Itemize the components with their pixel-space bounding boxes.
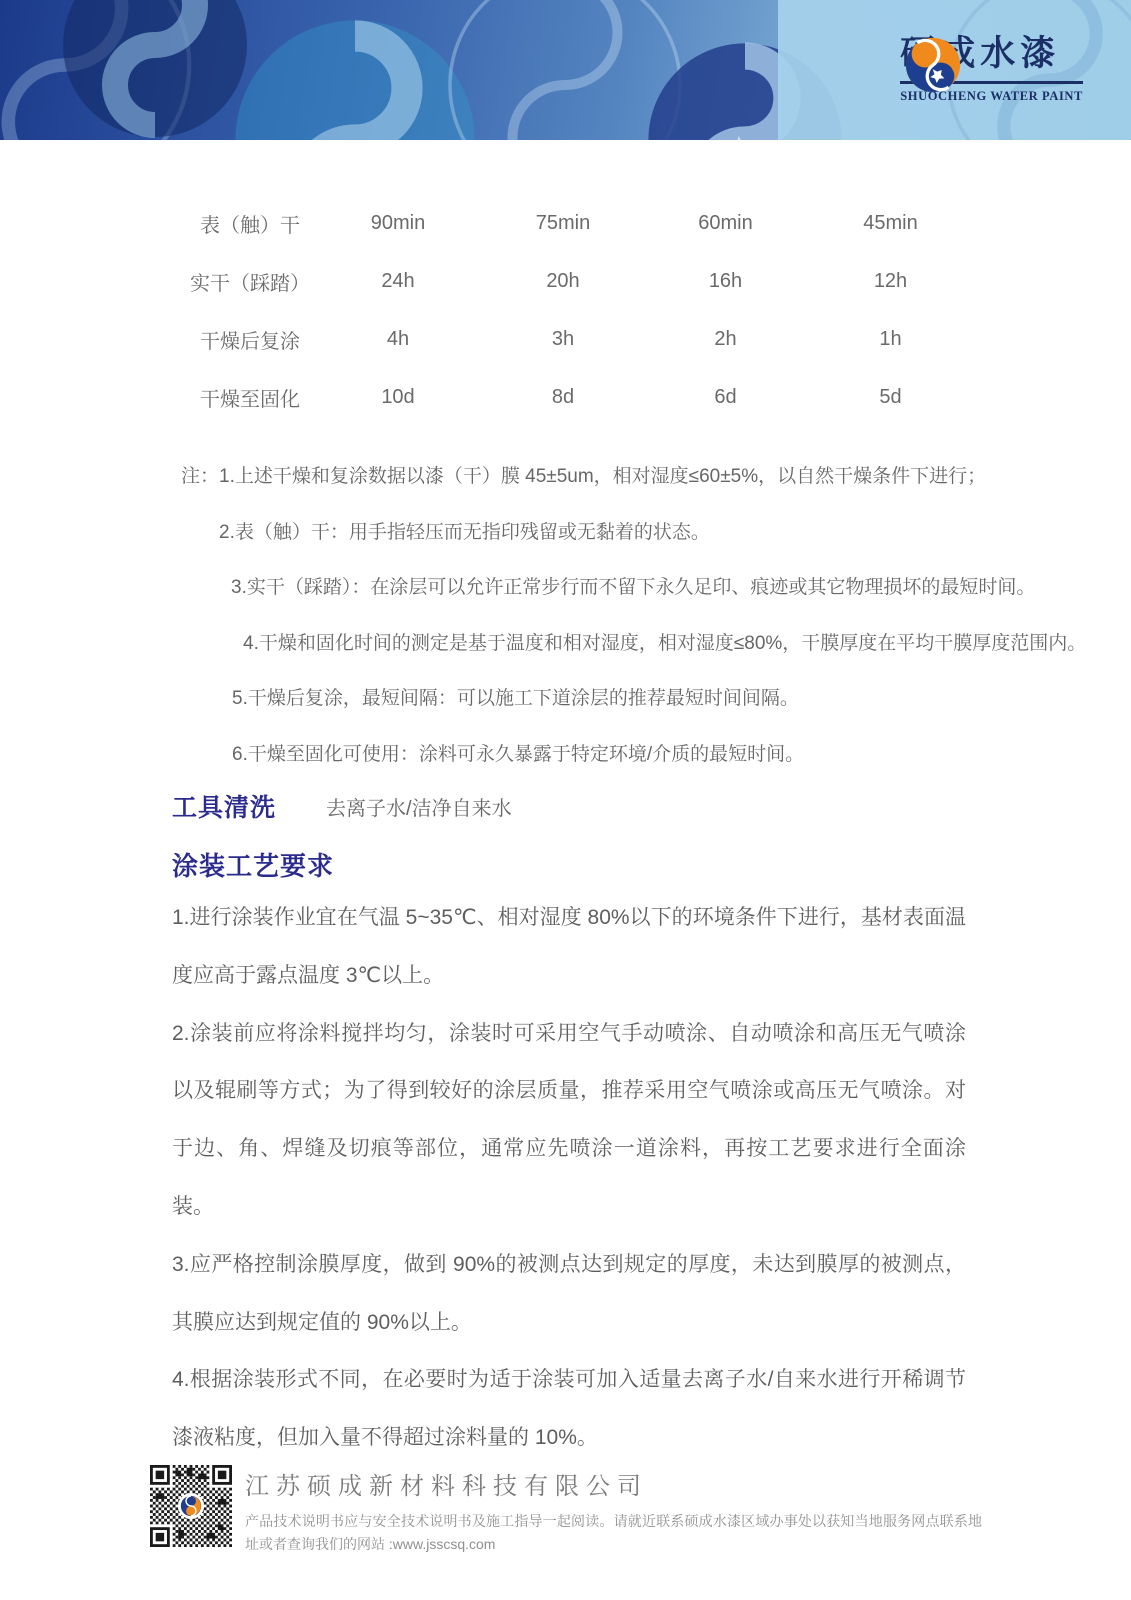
table-cell: 10d	[328, 368, 468, 426]
table-cell: 3h	[468, 310, 658, 368]
coating-process-paragraphs: 1.进行涂装作业宜在气温 5~35℃、相对湿度 80%以下的环境条件下进行，基材…	[172, 889, 966, 1467]
table-cell: 4h	[328, 310, 468, 368]
note-text: 6.干燥至固化可使用：涂料可永久暴露于特定环境/介质的最短时间。	[232, 739, 804, 766]
table-cell: 24h	[328, 252, 468, 310]
note-text: 2.表（触）干：用手指轻压而无指印残留或无黏着的状态。	[219, 517, 710, 544]
header-banner: 硕成水漆 SHUOCHENG WATER PAINT	[0, 0, 1131, 140]
note-line: 2.表（触）干：用手指轻压而无指印残留或无黏着的状态。	[219, 503, 1086, 559]
note-line: 注：1.上述干燥和复涂数据以漆（干）膜 45±5um，相对湿度≤60±5%，以自…	[181, 447, 1086, 503]
tool-cleaning-value: 去离子水/洁净自来水	[326, 792, 512, 821]
table-row-label: 干燥后复涂	[172, 310, 328, 368]
table-cell: 20h	[468, 252, 658, 310]
table-cell: 60min	[658, 194, 793, 252]
tool-cleaning-title: 工具清洗	[172, 788, 276, 824]
footer: 江苏硕成新材料科技有限公司 产品技术说明书应与安全技术说明书及施工指导一起阅读。…	[150, 1465, 982, 1556]
tool-cleaning-section: 工具清洗 去离子水/洁净自来水	[172, 788, 512, 824]
coating-process-title: 涂装工艺要求	[172, 851, 334, 881]
table-cell: 1h	[793, 310, 988, 368]
table-cell: 6d	[658, 368, 793, 426]
paragraph: 2.涂装前应将涂料搅拌均匀，涂装时可采用空气手动喷涂、自动喷涂和高压无气喷涂以及…	[172, 1005, 966, 1236]
table-cell: 16h	[658, 252, 793, 310]
table-cell: 12h	[793, 252, 988, 310]
table-row-label: 实干（踩踏）	[172, 252, 328, 310]
table-cell: 45min	[793, 194, 988, 252]
note-text: 4.干燥和固化时间的测定是基于温度和相对湿度，相对湿度≤80%，干膜厚度在平均干…	[243, 628, 1086, 655]
note-line: 4.干燥和固化时间的测定是基于温度和相对湿度，相对湿度≤80%，干膜厚度在平均干…	[243, 614, 1086, 670]
brand-lockup: 硕成水漆 SHUOCHENG WATER PAINT	[900, 26, 1083, 104]
table-row-label: 干燥至固化	[172, 368, 328, 426]
notes-block: 注：1.上述干燥和复涂数据以漆（干）膜 45±5um，相对湿度≤60±5%，以自…	[181, 447, 1086, 780]
paragraph: 4.根据涂装形式不同，在必要时为适于涂装可加入适量去离子水/自来水进行开稀调节漆…	[172, 1351, 966, 1467]
shuocheng-logo-icon	[900, 32, 966, 98]
note-text: 5.干燥后复涂，最短间隔：可以施工下道涂层的推荐最短时间间隔。	[232, 683, 799, 710]
note-text: 3.实干（踩踏）：在涂层可以允许正常步行而不留下永久足印、痕迹或其它物理损坏的最…	[231, 572, 1035, 599]
note-line: 5.干燥后复涂，最短间隔：可以施工下道涂层的推荐最短时间间隔。	[232, 669, 1086, 725]
note-text: 1.上述干燥和复涂数据以漆（干）膜 45±5um，相对湿度≤60±5%，以自然干…	[219, 461, 986, 488]
note-lead: 注：	[181, 461, 219, 488]
table-cell: 90min	[328, 194, 468, 252]
note-line: 3.实干（踩踏）：在涂层可以允许正常步行而不留下永久足印、痕迹或其它物理损坏的最…	[231, 558, 1086, 614]
drying-times-table: 表（触）干 90min 75min 60min 45min 实干（踩踏） 24h…	[172, 194, 988, 426]
company-name: 江苏硕成新材料科技有限公司	[245, 1466, 982, 1501]
coating-process-section: 涂装工艺要求	[172, 846, 334, 883]
table-cell: 8d	[468, 368, 658, 426]
table-cell: 75min	[468, 194, 658, 252]
table-row-label: 表（触）干	[172, 194, 328, 252]
paragraph: 3.应严格控制涂膜厚度，做到 90%的被测点达到规定的厚度，未达到膜厚的被测点，…	[172, 1236, 966, 1352]
table-cell: 5d	[793, 368, 988, 426]
paragraph: 1.进行涂装作业宜在气温 5~35℃、相对湿度 80%以下的环境条件下进行，基材…	[172, 889, 966, 1005]
qr-code	[150, 1465, 232, 1547]
footer-disclaimer: 产品技术说明书应与安全技术说明书及施工指导一起阅读。请就近联系硕成水漆区域办事处…	[245, 1510, 982, 1556]
note-line: 6.干燥至固化可使用：涂料可永久暴露于特定环境/介质的最短时间。	[232, 725, 1086, 781]
table-cell: 2h	[658, 310, 793, 368]
qr-center-logo-icon	[178, 1493, 204, 1519]
